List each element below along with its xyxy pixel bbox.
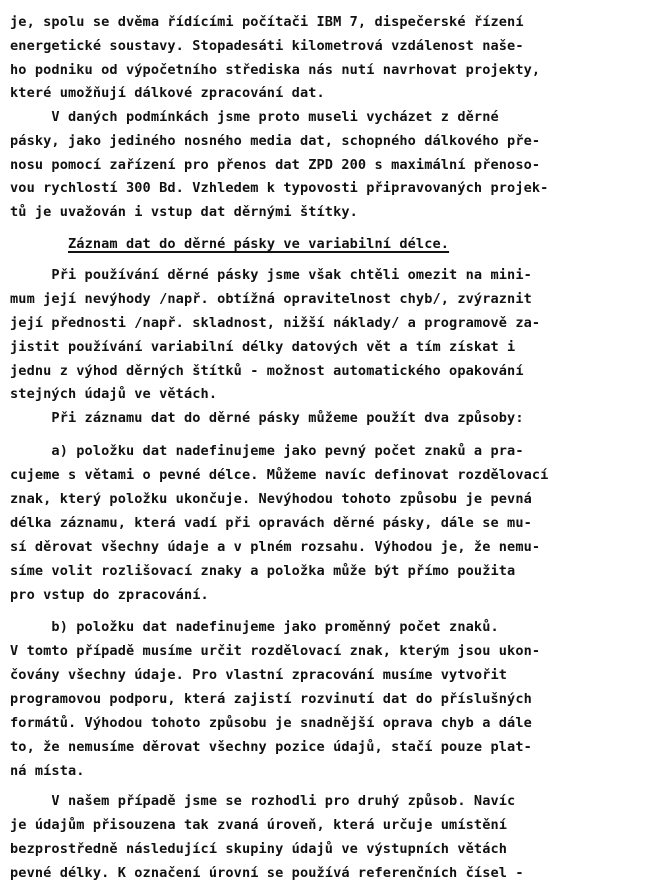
text-line: jistit používání variabilní délky datový… xyxy=(10,337,515,357)
text-line: které umožňují dálkové zpracování dat. xyxy=(10,83,325,103)
text-line: ho podniku od výpočetního střediska nás … xyxy=(10,60,540,80)
typewritten-document-page: je, spolu se dvěma řídícími počítači IBM… xyxy=(0,0,660,889)
text-line: pro vstup do zpracování. xyxy=(10,585,209,605)
text-line: to, že nemusíme děrovat všechny pozice ú… xyxy=(10,737,532,757)
text-line: Při záznamu dat do děrné pásky můžeme po… xyxy=(10,408,524,428)
text-line: formátů. Výhodou tohoto způsobu je snadn… xyxy=(10,713,532,733)
text-line: vou rychlostí 300 Bd. Vzhledem k typovos… xyxy=(10,178,548,198)
text-line: znak, který položku ukončuje. Nevýhodou … xyxy=(10,489,532,509)
text-line: energetické soustavy. Stopadesáti kilome… xyxy=(10,36,524,56)
text-line: V daných podmínkách jsme proto museli vy… xyxy=(10,107,499,127)
text-line: pevné délky. K označení úrovní se použív… xyxy=(10,863,524,883)
text-line: bezprostředně následující skupiny údajů … xyxy=(10,839,507,859)
text-line: síme volit rozlišovací znaky a položka m… xyxy=(10,561,515,581)
text-line: b) položku dat nadefinujeme jako proměnn… xyxy=(10,617,499,637)
text-line: cujeme s větami o pevné délce. Můžeme na… xyxy=(10,465,548,485)
section-heading: Záznam dat do děrné pásky ve variabilní … xyxy=(68,234,449,254)
text-line: a) položku dat nadefinujeme jako pevný p… xyxy=(10,441,524,461)
text-line: nosu pomocí zařízení pro přenos dat ZPD … xyxy=(10,155,540,175)
text-line: programovou podporu, která zajistí rozvi… xyxy=(10,689,532,709)
text-line: mum její nevýhody /např. obtížná opravit… xyxy=(10,289,532,309)
text-line: ná místa. xyxy=(10,761,85,781)
text-line: čovány všechny údaje. Pro vlastní zpraco… xyxy=(10,665,507,685)
text-line: V tomto případě musíme určit rozdělovací… xyxy=(10,641,540,661)
text-line: její přednosti /např. skladnost, nižší n… xyxy=(10,313,540,333)
text-line: tů je uvažován i vstup dat děrnými štítk… xyxy=(10,202,358,222)
text-line: stejných údajů ve větách. xyxy=(10,384,217,404)
text-line: délka záznamu, která vadí při opravách d… xyxy=(10,513,532,533)
text-line: je, spolu se dvěma řídícími počítači IBM… xyxy=(10,12,524,32)
text-line: V našem případě jsme se rozhodli pro dru… xyxy=(10,791,515,811)
text-line: sí děrovat všechny údaje a v plném rozsa… xyxy=(10,537,540,557)
text-line: jednu z výhod děrných štítků - možnost a… xyxy=(10,361,524,381)
text-line: pásky, jako jediného nosného media dat, … xyxy=(10,131,540,151)
text-line: Při používání děrné pásky jsme však chtě… xyxy=(10,265,532,285)
text-line: je údajům přisouzena tak zvaná úroveň, k… xyxy=(10,815,507,835)
